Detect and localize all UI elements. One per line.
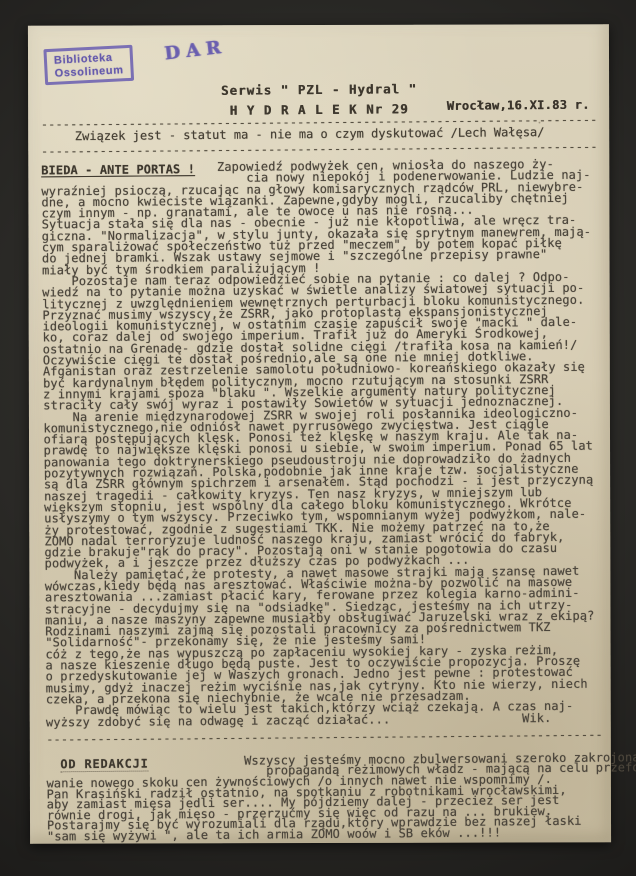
article: BIEDA - ANTE PORTAS ! Zapowiedź podwyżek…	[41, 159, 603, 729]
dashed-rule-under-motto: ----------------------------------------…	[41, 143, 598, 157]
page-content: Biblioteka Ossolineum DAR Serwis " PZL -…	[28, 22, 616, 845]
article-body: Zapowiedź podwyżek cen, wniosła do nasze…	[41, 159, 603, 729]
dashed-rule-bottom: ----------------------------------------…	[46, 730, 603, 744]
motto-line: Związek jest - statut ma - nie ma o czym…	[41, 127, 598, 143]
photo-backdrop: Biblioteka Ossolineum DAR Serwis " PZL -…	[0, 0, 636, 876]
document-page: Biblioteka Ossolineum DAR Serwis " PZL -…	[28, 24, 611, 844]
dar-stamp: DAR	[163, 37, 228, 65]
newsletter-header: Serwis " PZL - Hydral " H Y D R A L E K …	[40, 80, 597, 116]
masthead-row: H Y D R A L E K Nr 29 Wrocław,16.XI.83 r…	[41, 97, 598, 116]
editorial-section: OD REDAKCJI Wszyscy jesteśmy mocno zbulw…	[46, 752, 604, 842]
library-stamp: Biblioteka Ossolineum	[43, 45, 134, 85]
article-title: BIEDA - ANTE PORTAS !	[41, 162, 195, 177]
newsletter-name: H Y D R A L E K Nr 29	[230, 101, 409, 118]
editorial-label: OD REDAKCJI	[60, 756, 148, 772]
issue-date: Wrocław,16.XI.83 r.	[447, 98, 590, 113]
